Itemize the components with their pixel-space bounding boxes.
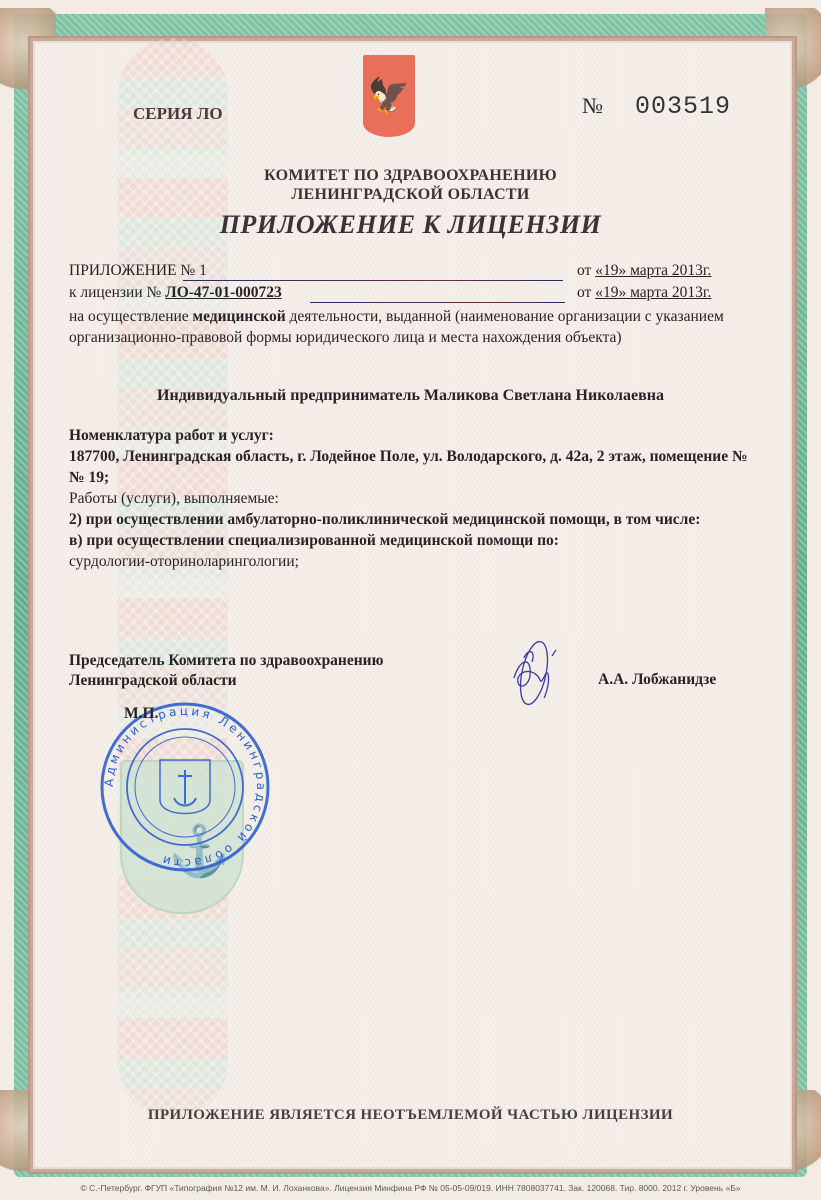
date-prefix: от — [577, 284, 591, 301]
license-line: к лицензии № ЛО-47-01-000723 — [69, 284, 282, 302]
number-sign: № — [582, 93, 603, 119]
service-item-v: в) при осуществлении специализированной … — [69, 532, 559, 549]
activity-type: медицинской — [193, 308, 286, 325]
nomenclature-block: Номенклатура работ и услуг: 187700, Лени… — [69, 425, 749, 572]
activity-description: на осуществление медицинской деятельност… — [69, 306, 749, 348]
license-date: от «19» марта 2013г. — [577, 284, 711, 302]
specialty: сурдологии-оториноларингологии; — [69, 551, 749, 572]
nomenclature-heading: Номенклатура работ и услуг: — [69, 427, 274, 444]
appendix-date: от «19» марта 2013г. — [577, 262, 711, 280]
fill-line — [183, 280, 563, 281]
signature-icon — [506, 628, 566, 708]
organization-line-2: ЛЕНИНГРАДСКОЙ ОБЛАСТИ — [0, 186, 821, 204]
official-stamp-icon: Администрация Ленинградской области — [98, 700, 273, 875]
signatory-position: Председатель Комитета по здравоохранению… — [69, 651, 383, 691]
footer-note: ПРИЛОЖЕНИЕ ЯВЛЯЕТСЯ НЕОТЪЕМЛЕМОЙ ЧАСТЬЮ … — [0, 1107, 821, 1124]
license-number: ЛО-47-01-000723 — [165, 284, 282, 301]
form-number: 003519 — [635, 92, 731, 121]
russian-coat-of-arms-icon: 🦅 — [363, 55, 415, 137]
license-label: к лицензии № — [69, 284, 161, 301]
service-item-2: 2) при осуществлении амбулаторно-поликли… — [69, 511, 700, 528]
appendix-label: ПРИЛОЖЕНИЕ № 1 — [69, 262, 207, 280]
document-title: ПРИЛОЖЕНИЕ К ЛИЦЕНЗИИ — [0, 210, 821, 240]
signatory-name: А.А. Лобжанидзе — [598, 671, 716, 689]
fill-line — [310, 302, 565, 303]
printer-imprint: © С.-Петербург. ФГУП «Типография №12 им.… — [0, 1183, 821, 1193]
address: 187700, Ленинградская область, г. Лодейн… — [69, 448, 748, 486]
date-prefix: от — [577, 262, 591, 279]
works-label: Работы (услуги), выполняемые: — [69, 488, 749, 509]
date-value: «19» марта 2013г. — [595, 284, 711, 301]
licensee-name: Индивидуальный предприниматель Маликова … — [0, 387, 821, 405]
organization-line-1: КОМИТЕТ ПО ЗДРАВООХРАНЕНИЮ — [0, 167, 821, 185]
series-label: СЕРИЯ ЛО — [133, 104, 223, 124]
seal-label: М.П. — [124, 705, 158, 723]
date-value: «19» марта 2013г. — [595, 262, 711, 279]
